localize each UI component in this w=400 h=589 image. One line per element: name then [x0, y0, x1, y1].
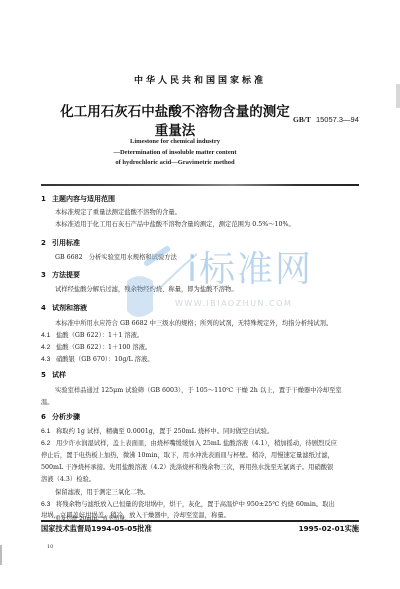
list-item-6-2: 6.2用少许水润湿试样，盖上表面皿，由烧杯嘴缓缓加入 25mL 盐酸溶液（4.1… — [41, 438, 337, 449]
paragraph-continuation: 停止后，置于电热板上加热，微沸 10min，取下，用水冲洗表面皿与杯壁。稍冷，用… — [41, 450, 334, 461]
section-heading-6: 6分析步骤 — [41, 412, 80, 422]
english-title: Limestone for chemical industry —Determi… — [60, 137, 290, 169]
english-title-line: Limestone for chemical industry — [60, 137, 290, 148]
list-item-4-2: 4.2盐酸（GB 622）：1＋100 溶液。 — [41, 342, 151, 353]
list-item-4-1: 4.1盐酸（GB 622）：1＋1 溶液。 — [41, 330, 143, 341]
list-item-6-1: 6.1称取约 1g 试样，精确至 0.0001g，置于 250mL 烧杯中。同时… — [41, 426, 273, 437]
issuing-organization: 中华人民共和国国家标准 — [0, 73, 400, 86]
scan-artifact — [0, 545, 2, 565]
paragraph-continuation: 温。 — [41, 397, 54, 408]
standard-code-number: 15057.3—94 — [316, 115, 359, 124]
list-item-4-3: 4.3硝酸银（GB 670）：10g/L 溶液。 — [41, 354, 154, 365]
reference-standard: GB 6682 分析实验室用水规格和试验方法 — [55, 252, 177, 263]
note: 保留滤液，用于测定三氧化二物。 — [55, 487, 149, 498]
standard-code-prefix: GB/T — [293, 115, 311, 124]
list-item-6-3: 6.3将残余物与滤纸放入已恒量的瓷坩埚中，烘干，灰化，置于高温炉中 950±25… — [41, 499, 335, 510]
section-heading-4: 4试剂和溶液 — [41, 303, 87, 313]
section-heading-5: 5试样 — [41, 370, 66, 380]
header-divider — [41, 184, 359, 186]
footer-divider — [41, 520, 359, 522]
paragraph: 试样经盐酸分解后过滤，残余物经灼烧、称量，即为盐酸不溶物。 — [55, 284, 238, 295]
paragraph: 本标准中所用水应符合 GB 6682 中三级水的规格；所列的试剂，无特殊规定外，… — [55, 318, 332, 329]
section-heading-2: 2引用标准 — [41, 238, 80, 248]
standard-title: 化工用石灰石中盐酸不溶物含量的测定 重量法 — [60, 103, 290, 141]
paragraph: 本标准适用于化工用石灰石产品中盐酸不溶物含量的测定，测定范围为 0.5%～10%… — [55, 219, 295, 230]
english-title-line: —Determination of insoluble matter conte… — [60, 148, 290, 159]
paragraph: 本标准规定了重量法测定盐酸不溶物的含量。 — [55, 207, 181, 218]
watermark-url: WWW.IBIAOZHUN.COM — [175, 299, 292, 308]
paragraph: 实验室样品通过 125μm 试验筛（GB 6003），于 105～110℃ 干燥… — [55, 385, 342, 396]
standard-code: GB/T15057.3—94 — [293, 115, 359, 124]
scan-artifact — [396, 84, 400, 108]
section-heading-3: 3方法提要 — [41, 270, 80, 280]
effective-date: 1995-02-01实施 — [290, 524, 359, 534]
paragraph-continuation: 溶液（4.3）检验。 — [41, 474, 95, 485]
standard-title-line1: 化工用石灰石中盐酸不溶物含量的测定 — [60, 103, 290, 122]
page-number: 10 — [47, 544, 53, 550]
english-title-line: of hydrochloric acid—Gravimetric method — [60, 158, 290, 169]
approval-date: 国家技术监督局1994-05-05批准 — [41, 524, 152, 534]
section-heading-1: 1主题内容与适用范围 — [41, 194, 115, 204]
paragraph-continuation: 500mL 干净烧杯承接。先用盐酸溶液（4.2）洗涤烧杯和残余物三次，再用热水洗… — [41, 462, 333, 473]
